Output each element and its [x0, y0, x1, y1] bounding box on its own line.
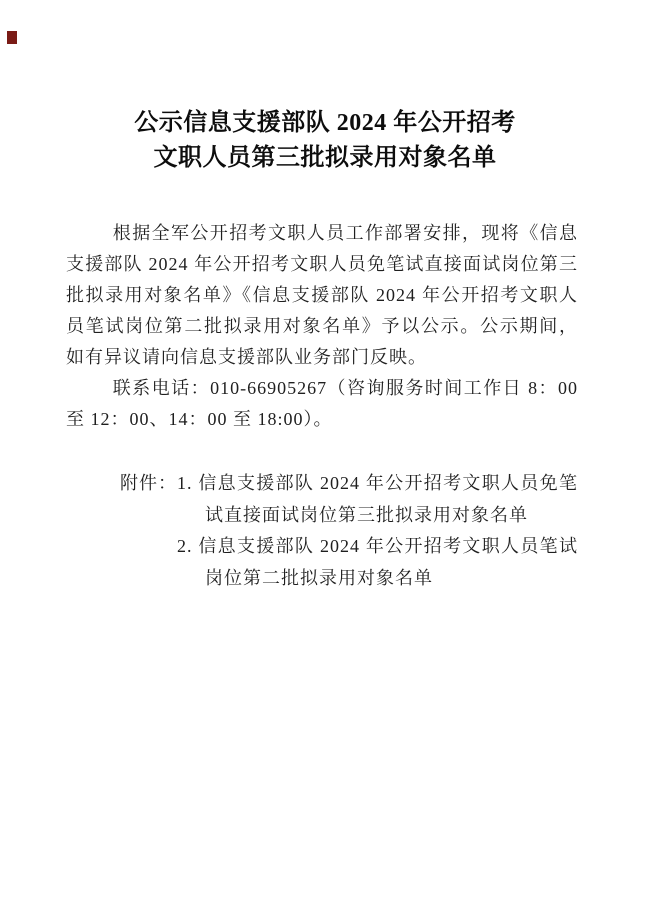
- attachment-item-2: 2. 信息支援部队 2024 年公开招考文职人员笔试岗位第二批拟录用对象名单: [177, 531, 578, 594]
- document-title-line-1: 公示信息支援部队 2024 年公开招考: [0, 106, 650, 141]
- body-paragraph-contact: 联系电话：010-66905267（咨询服务时间工作日 8：00 至 12：00…: [66, 373, 578, 435]
- document-body: 根据全军公开招考文职人员工作部署安排，现将《信息支援部队 2024 年公开招考文…: [66, 218, 578, 435]
- attachments-label: 附件：: [120, 468, 177, 594]
- attachments-block: 附件： 1. 信息支援部队 2024 年公开招考文职人员免笔试直接面试岗位第三批…: [120, 468, 578, 594]
- document-page: 公示信息支援部队 2024 年公开招考 文职人员第三批拟录用对象名单 根据全军公…: [0, 0, 650, 919]
- attachment-item-1: 1. 信息支援部队 2024 年公开招考文职人员免笔试直接面试岗位第三批拟录用对…: [177, 468, 578, 531]
- body-paragraph-intro: 根据全军公开招考文职人员工作部署安排，现将《信息支援部队 2024 年公开招考文…: [66, 218, 578, 373]
- document-title-line-2: 文职人员第三批拟录用对象名单: [0, 141, 650, 176]
- corner-marker: [7, 31, 17, 44]
- attachments-list: 1. 信息支援部队 2024 年公开招考文职人员免笔试直接面试岗位第三批拟录用对…: [177, 468, 578, 594]
- document-title: 公示信息支援部队 2024 年公开招考 文职人员第三批拟录用对象名单: [0, 0, 650, 176]
